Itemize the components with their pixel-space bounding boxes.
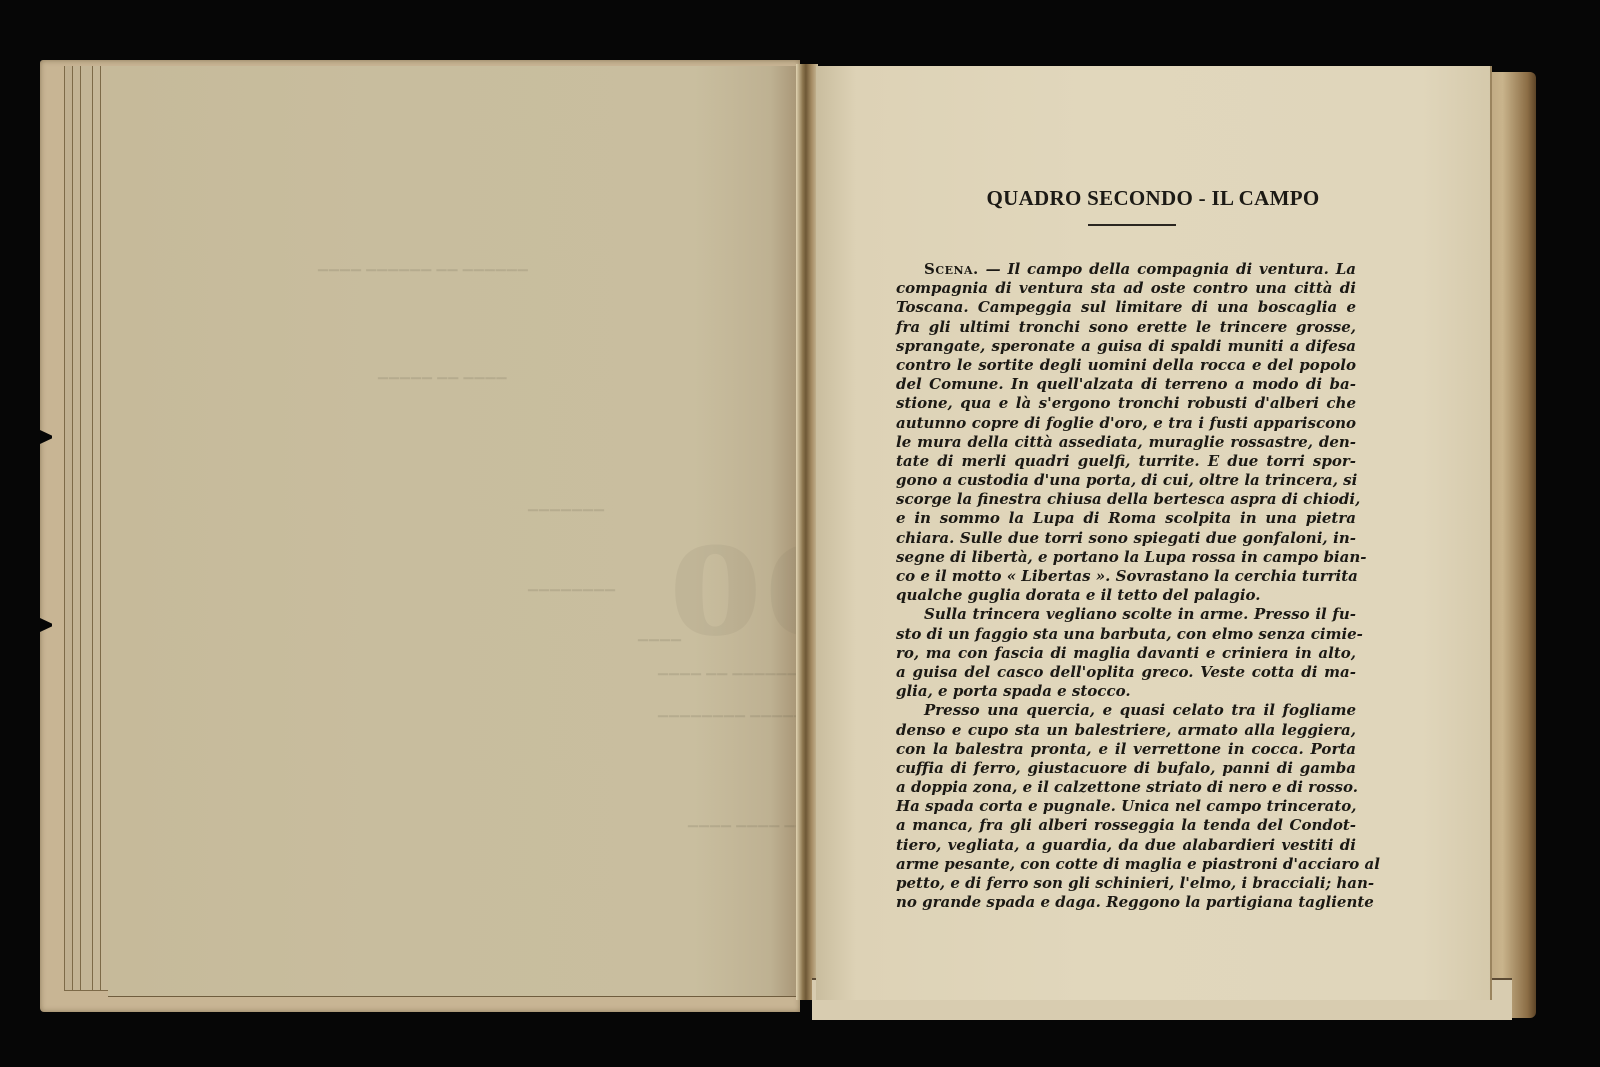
left-page-blank: ▁▁▁▁ ▁▁▁▁▁▁ ▁▁ ▁▁▁▁▁▁ ▁▁▁▁▁ ▁▁ ▁▁▁▁ ▁▁▁▁… (108, 66, 798, 997)
show-through-text: ▁▁▁▁▁ ▁▁ ▁▁▁▁ (378, 364, 507, 380)
text-line: tiero, vegliata, a guardia, da due alaba… (896, 836, 1356, 855)
text-line: sto di un faggio sta una barbuta, con el… (896, 625, 1356, 644)
text-line: Toscana. Campeggia sul limitare di una b… (896, 298, 1356, 317)
show-through-text: ▁▁▁▁ ▁▁▁▁▁▁ ▁▁ ▁▁▁▁▁▁ (318, 256, 529, 272)
title-rule (1088, 224, 1176, 226)
text-line: con la balestra pronta, e il verrettone … (896, 740, 1356, 759)
text-line: compagnia di ventura sta ad oste contro … (896, 279, 1356, 298)
show-through-text: ▁▁▁▁▁▁▁ (528, 496, 605, 512)
text-line: qualche guglia dorata e il tetto del pal… (896, 586, 1356, 605)
text-line: arme pesante, con cotte di maglia e pias… (896, 855, 1356, 874)
right-page: QUADRO SECONDO - IL CAMPO Scena. — Il ca… (816, 66, 1492, 1000)
text-line: Presso una quercia, e quasi celato tra i… (896, 701, 1356, 720)
text-line: glia, e porta spada e stocco. (896, 682, 1356, 701)
text-line: del Comune. In quell'alzata di terreno a… (896, 375, 1356, 394)
text-line: chiara. Sulle due torri sono spiegati du… (896, 529, 1356, 548)
text-line: Ha spada corta e pugnale. Unica nel camp… (896, 797, 1356, 816)
scene-description: Scena. — Il campo della compagnia di ven… (896, 260, 1356, 912)
text-line: e in sommo la Lupa di Roma scolpita in u… (896, 509, 1356, 528)
book-gutter (796, 64, 818, 1000)
show-through-text: ▁▁▁▁▁▁▁▁ (528, 576, 616, 592)
text-line: stione, qua e là s'ergono tronchi robust… (896, 394, 1356, 413)
text-line: a guisa del casco dell'oplita greco. Ves… (896, 663, 1356, 682)
text-line: Scena. — Il campo della compagnia di ven… (896, 260, 1356, 279)
text-line: scorge la finestra chiusa della bertesca… (896, 490, 1356, 509)
photo-stage: ▁▁▁▁ ▁▁▁▁▁▁ ▁▁ ▁▁▁▁▁▁ ▁▁▁▁▁ ▁▁ ▁▁▁▁ ▁▁▁▁… (0, 0, 1600, 1067)
text-line: tate di merli quadri guelfi, turrite. E … (896, 452, 1356, 471)
text-line: autunno copre di foglie d'oro, e tra i f… (896, 414, 1356, 433)
text-line: a manca, fra gli alberi rosseggia la ten… (896, 816, 1356, 835)
text-line: no grande spada e daga. Reggono la parti… (896, 893, 1356, 912)
text-line: fra gli ultimi tronchi sono erette le tr… (896, 318, 1356, 337)
text-line: petto, e di ferro son gli schinieri, l'e… (896, 874, 1356, 893)
text-line: sprangate, speronate a guisa di spaldi m… (896, 337, 1356, 356)
text-line: Sulla trincera vegliano scolte in arme. … (896, 605, 1356, 624)
text-line: cuffia di ferro, giustacuore di bufalo, … (896, 759, 1356, 778)
text-line: gono a custodia d'una porta, di cui, olt… (896, 471, 1356, 490)
text-line: segne di libertà, e portano la Lupa ross… (896, 548, 1356, 567)
text-line: co e il motto « Libertas ». Sovrastano l… (896, 567, 1356, 586)
text-line: contro le sortite degli uomini della roc… (896, 356, 1356, 375)
text-line: ro, ma con fascia di maglia davanti e cr… (896, 644, 1356, 663)
page-title: QUADRO SECONDO - IL CAMPO (816, 186, 1490, 211)
text-line: denso e cupo sta un balestriere, armato … (896, 721, 1356, 740)
scene-label: Scena. (924, 260, 979, 278)
text-line: a doppia zona, e il calzettone striato d… (896, 778, 1356, 797)
text-line: le mura della città assediata, muraglie … (896, 433, 1356, 452)
